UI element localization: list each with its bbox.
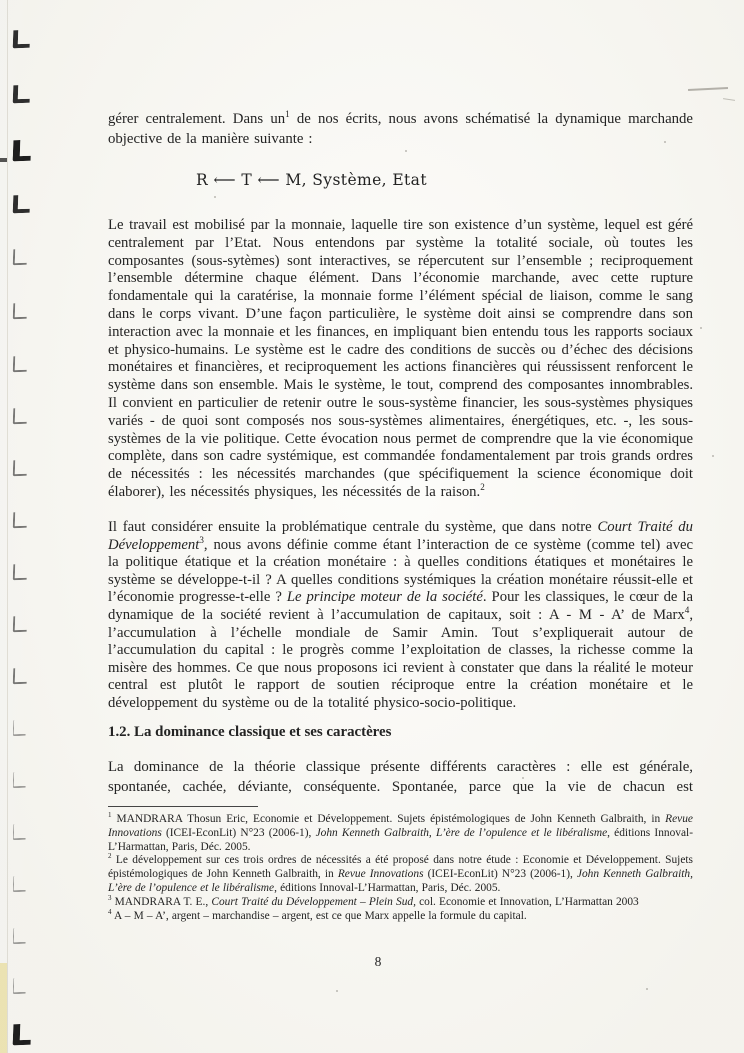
binding-mark [13,978,27,994]
binding-mark [13,249,28,266]
binding-mark [13,140,32,162]
binding-mark [13,928,27,944]
binding-mark [13,876,27,892]
footnote-4: 4 A – M – A’, argent – marchandise – arg… [108,910,693,924]
section-heading: 1.2. La dominance classique et ses carac… [108,724,693,741]
binding-mark [13,720,27,736]
footnote-3: 3 MANDRARA T. E., Court Traité du Dévelo… [108,896,693,910]
scan-artifact-dash [688,87,728,91]
page-number: 8 [108,954,648,970]
binding-mark [13,30,31,49]
scan-speck [712,455,714,457]
paragraph-central-problem: Il faut considérer ensuite la problémati… [108,519,693,713]
paragraph-system-money: Le travail est mobilisé par la monnaie, … [108,217,693,502]
binding-mark [13,408,28,425]
page-edge-crease [7,0,8,1053]
scan-speck [214,196,216,198]
paragraph-intro: gérer centralement. Dans un1 de nos écri… [108,109,693,149]
paragraph-dominance: La dominance de la théorie classique pré… [108,757,693,797]
scan-artifact-dash [723,98,735,101]
binding-mark [13,356,28,373]
binding-mark [13,195,31,214]
scan-speck [405,150,407,152]
footnotes-section: 1 MANDRARA Thosun Eric, Economie et Déve… [108,813,693,923]
binding-mark [13,772,27,788]
scanned-document-page: gérer centralement. Dans un1 de nos écri… [0,0,744,1053]
binding-mark [13,824,27,840]
binding-mark [13,460,28,477]
binding-mark [13,668,28,685]
binding-mark [13,616,28,633]
page-edge-tint [0,963,7,1053]
binding-mark [13,512,28,529]
binding-mark [13,564,28,581]
binding-mark [13,85,31,104]
footnote-1: 1 MANDRARA Thosun Eric, Economie et Déve… [108,813,693,854]
formula-schema: R ⟵ T ⟵ M, Système, Etat [196,171,427,189]
scan-speck [646,988,648,990]
footnote-2: 2 Le développement sur ces trois ordres … [108,854,693,895]
scan-speck [700,327,702,329]
footnote-separator [108,806,258,807]
binding-mark [13,1024,32,1046]
edge-tick-mark [0,158,7,162]
binding-mark [13,303,28,320]
scan-speck [336,990,338,992]
